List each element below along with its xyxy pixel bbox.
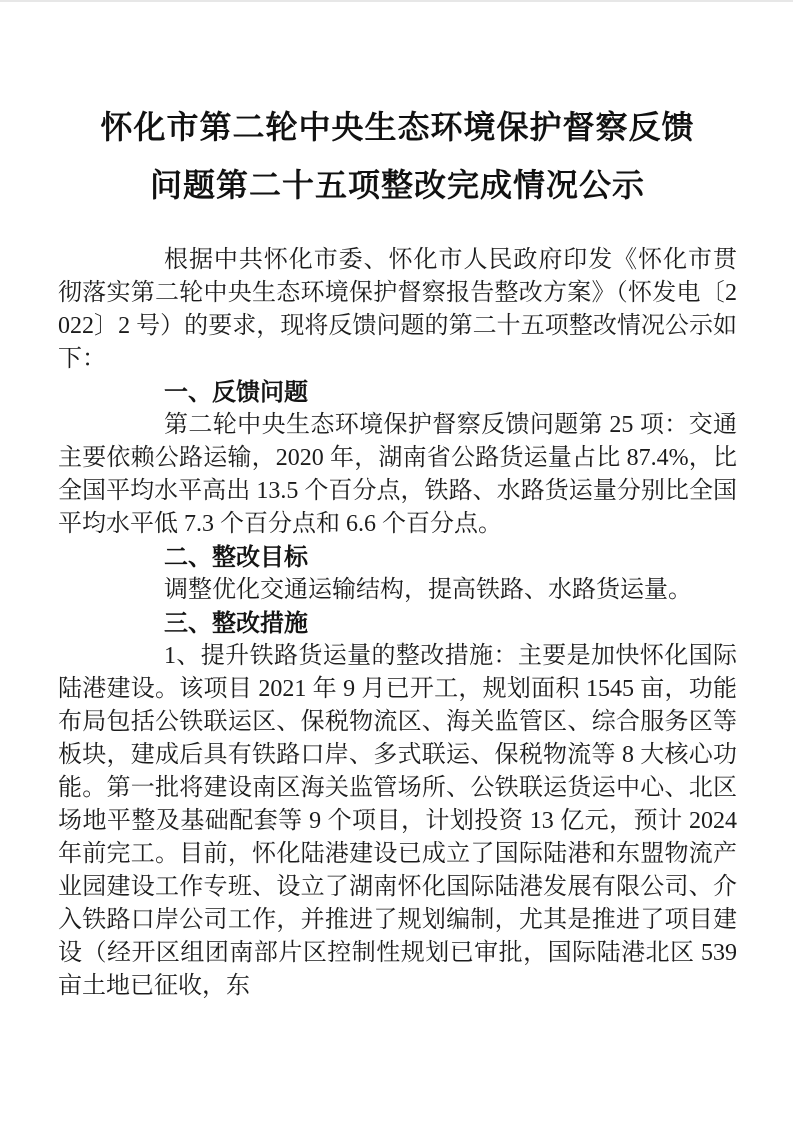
section-heading-rectification-goal: 二、整改目标	[58, 541, 737, 574]
document-page: 怀化市第二轮中央生态环境保护督察反馈 问题第二十五项整改完成情况公示 根据中共怀…	[0, 0, 793, 1122]
document-title-line-1: 怀化市第二轮中央生态环境保护督察反馈	[58, 98, 737, 156]
paragraph-rectification-goal: 调整优化交通运输结构，提高铁路、水路货运量。	[58, 574, 737, 607]
paragraph-intro: 根据中共怀化市委、怀化市人民政府印发《怀化市贯彻落实第二轮中央生态环境保护督察报…	[58, 244, 737, 376]
section-heading-rectification-measures: 三、整改措施	[58, 607, 737, 640]
document-title: 怀化市第二轮中央生态环境保护督察反馈 问题第二十五项整改完成情况公示	[58, 98, 737, 214]
document-title-line-2: 问题第二十五项整改完成情况公示	[58, 156, 737, 214]
document-body: 根据中共怀化市委、怀化市人民政府印发《怀化市贯彻落实第二轮中央生态环境保护督察报…	[58, 244, 737, 1003]
paragraph-rectification-measures: 1、提升铁路货运量的整改措施：主要是加快怀化国际陆港建设。该项目 2021 年 …	[58, 640, 737, 1003]
section-heading-feedback-problem: 一、反馈问题	[58, 376, 737, 409]
paragraph-feedback-problem: 第二轮中央生态环境保护督察反馈问题第 25 项：交通主要依赖公路运输，2020 …	[58, 409, 737, 541]
